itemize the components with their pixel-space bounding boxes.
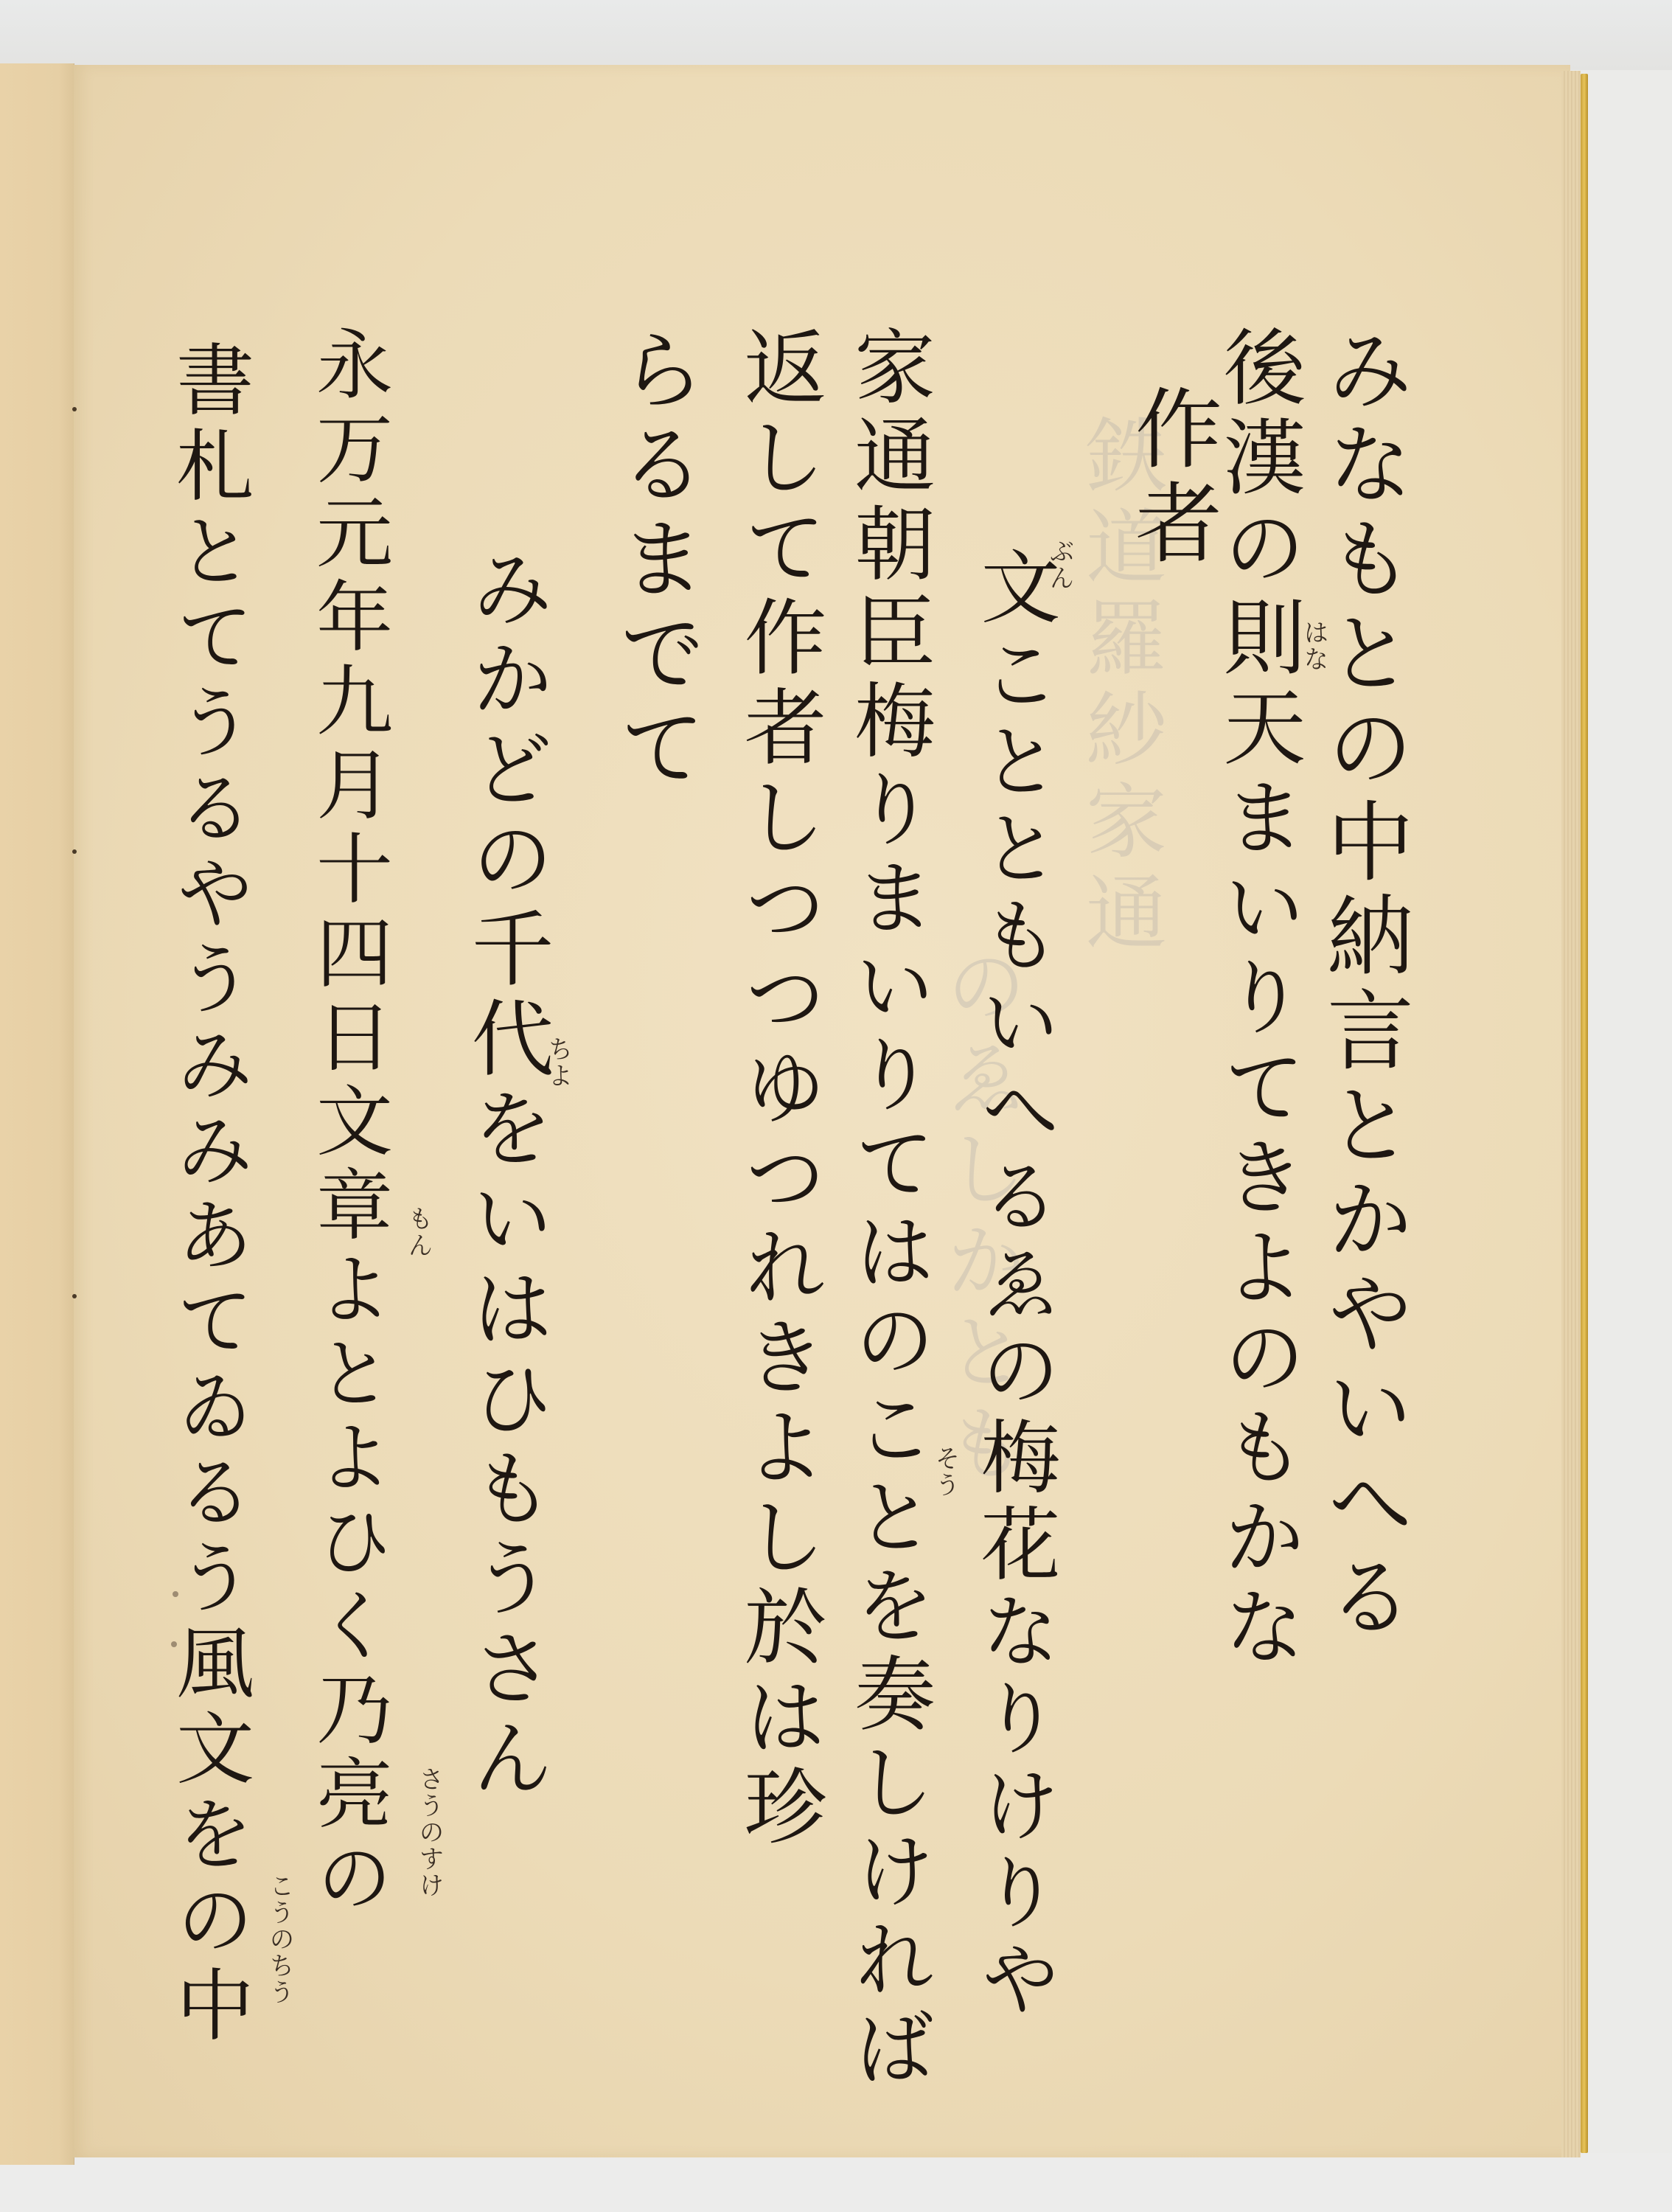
text-column-3: 作者 bbox=[1128, 383, 1215, 572]
text-column-2: 後漢の則天まいりてきよのもかな bbox=[1216, 324, 1299, 1674]
text-column-9-date: 永万元年九月十四日文章よとよひく乃亮の bbox=[310, 324, 386, 1921]
binding-hole bbox=[72, 849, 77, 854]
text-column-7: らるまでて bbox=[612, 324, 699, 796]
furigana-gloss: ちよ bbox=[546, 1036, 571, 1089]
text-column-4: 文ことともいへるゑの梅花なりけりや bbox=[973, 546, 1053, 2025]
furigana-gloss: そう bbox=[933, 1445, 958, 1498]
photo-backdrop-top bbox=[0, 0, 1672, 70]
page-stack-edge bbox=[1561, 71, 1581, 2157]
text-column-6: 返して作者しつつゆつれきよし於は珍 bbox=[737, 324, 820, 1854]
text-column-8: みかどの千代をいはひもうさん bbox=[464, 546, 547, 1805]
binding-hole bbox=[72, 407, 77, 411]
furigana-gloss: こうのちう bbox=[267, 1873, 292, 2006]
furigana-gloss: さうのすけ bbox=[417, 1766, 442, 1899]
left-facing-page bbox=[0, 63, 74, 2165]
photo-backdrop-bottom bbox=[0, 2153, 1672, 2212]
furigana-gloss: ぶん bbox=[1047, 538, 1072, 591]
binding-hole bbox=[72, 1294, 77, 1298]
text-column-1: みなもとの中納言とかやいへる bbox=[1320, 324, 1407, 1646]
furigana-gloss: はな bbox=[1301, 619, 1326, 672]
text-column-10: 書札とてうるやうみみあてゐるう風文をの中 bbox=[170, 339, 248, 2050]
furigana-gloss: もん bbox=[405, 1206, 431, 1259]
text-column-5: 家通朝臣梅りまいりてはのことを奏しければ bbox=[848, 324, 929, 2094]
gilt-edge bbox=[1581, 74, 1588, 2153]
